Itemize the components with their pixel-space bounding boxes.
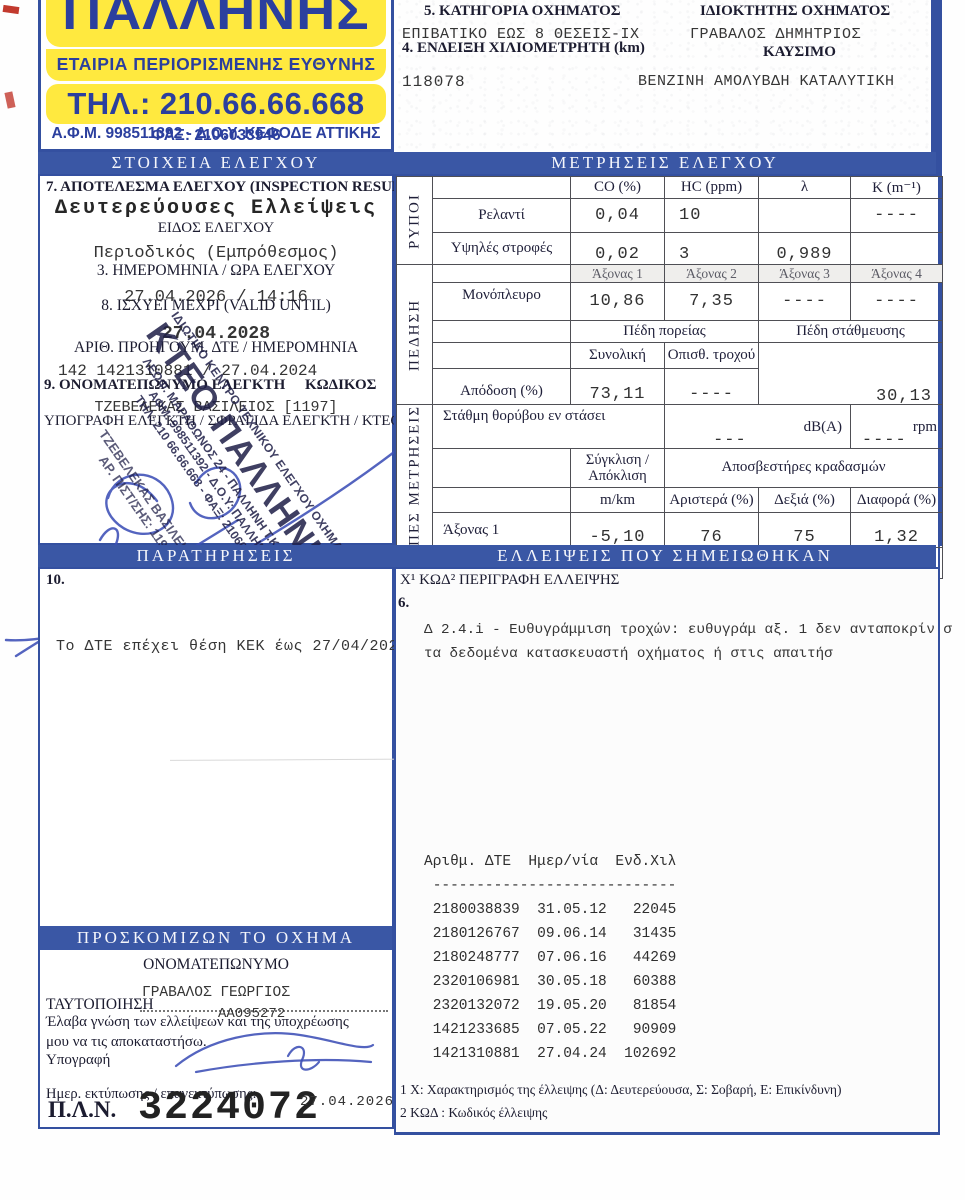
dte-history-table: Αριθμ. ΔΤΕ Ημερ/νία Ενδ.Χιλ ------------… [424,850,676,1066]
footnote-1: 1 Χ: Χαρακτηρισμός της έλλειψης (Δ: Δευτ… [400,1082,841,1098]
axis1-right: 75 [759,513,851,548]
shock-absorber-label: Αποσβεστήρες κραδασμών [665,448,943,487]
axis-header-1: Άξονας 1 [571,265,665,283]
alignment-label: Σύγκλιση / Απόκλιση [571,448,665,487]
presenter-id-label: ΤΑΥΤΟΠΟΙΗΣΗ [46,996,154,1014]
defects-header: Χ¹ ΚΩΔ² ΠΕΡΙΓΡΑΦΗ ΕΛΛΕΙΨΗΣ [400,572,619,589]
spacer-cell [433,343,571,369]
inspection-certificate-page: ΠΑΛΛΗΝΗΣ ΕΤΑΙΡΙΑ ΠΕΡΙΟΡΙΣΜΕΝΗΣ ΕΥΘΥΝΗΣ Τ… [0,0,965,1200]
fuel-label: ΚΑΥΣΙΜΟ [763,44,836,61]
spacer-cell [433,177,571,199]
row-label-performance: Απόδοση (%) [433,369,571,405]
history-row: 2320132072 19.05.20 81854 [424,994,676,1018]
history-row: 2180038839 31.05.12 22045 [424,898,676,922]
remarks-number: 10. [46,572,65,589]
onesided-axis1: 10,86 [571,283,665,321]
owner-label: ΙΔΙΟΚΤΗΤΗΣ ΟΧΗΜΑΤΟΣ [700,3,890,20]
company-phone: ΤΗΛ.: 210.66.66.668 [46,84,386,124]
service-brake-label: Πέδη πορείας [571,321,759,343]
idle-hc: 10 [665,199,759,233]
measurements-table: ΡΥΠΟΙ CO (%) HC (ppm) λ K (m⁻¹) Ρελαντί … [396,176,943,579]
presenter-name-label: ΟΝΟΜΑΤΕΠΩΝΥΜΟ [38,956,394,974]
scan-red-mark [4,91,15,108]
section-label-pedisi: ΠΕΔΗΣΗ [397,265,433,405]
defect-description-line1: Δ 2.4.i - Ευθυγράμμιση τροχών: ευθυγράμ … [424,622,952,638]
rpm-unit-label: rpm [913,419,937,436]
date-label: 3. ΗΜΕΡΟΜΗΝΙΑ / ΩΡΑ ΕΛΕΓΧΟΥ [38,262,394,280]
axis1-mkm: -5,10 [571,513,665,548]
logo-phone-band: ΤΗΛ.: 210.66.66.668 [46,84,386,124]
rear-wheel-label: Οπισθ. τροχού [665,343,759,369]
logo-subtitle-band: ΕΤΑΙΡΙΑ ΠΕΡΙΟΡΙΣΜΕΝΗΣ ΕΥΘΥΝΗΣ [46,49,386,81]
history-header: Αριθμ. ΔΤΕ Ημερ/νία Ενδ.Χιλ [424,850,676,874]
col-lambda: λ [759,177,851,199]
spacer-cell [433,487,571,512]
presenter-signature [168,1022,383,1084]
type-value: Περιοδικός (Εμπρόθεσμος) [38,244,394,263]
onesided-axis2: 7,35 [665,283,759,321]
history-row: 1421310881 27.04.24 102692 [424,1042,676,1066]
section-bar-defects: ΕΛΛΕΙΨΕΙΣ ΠΟΥ ΣΗΜΕΙΩΘΗΚΑΝ [394,545,936,567]
defect-description-line2: τα δεδομένα κατασκευαστή οχήματος ή στις… [424,646,833,662]
col-k: K (m⁻¹) [851,177,943,199]
footnote-2: 2 ΚΩΔ : Κωδικός έλλειψης [400,1105,547,1121]
odometer-label: 4. ΕΝΔΕΙΞΗ ΧΙΛΙΟΜΕΤΡΗΤΗ (km) [402,40,645,57]
idle-lambda [759,199,851,233]
defects-number: 6. [398,595,409,612]
result-label: 7. ΑΠΟΤΕΛΕΣΜΑ ΕΛΕΓΧΟΥ (INSPECTION RESULT… [46,179,416,196]
section-bar-measurements: ΜΕΤΡΗΣΕΙΣ ΕΛΕΓΧΟΥ [394,152,936,174]
logo-title-band: ΠΑΛΛΗΝΗΣ [46,0,386,47]
remarks-note: Το ΔΤΕ επέχει θέση ΚΕΚ έως 27/04/2027 [56,638,408,655]
prev-dte-label: ΑΡΙΘ. ΠΡΟΗΓΟΥΜ. ΔΤΕ / ΗΜΕΡΟΜΗΝΙΑ [38,339,394,357]
idle-k: ---- [851,199,943,233]
high-k [851,233,943,265]
history-row: 2180126767 09.06.14 31435 [424,922,676,946]
row-label-axis1: Άξονας 1 [433,513,571,548]
category-label: 5. ΚΑΤΗΓΟΡΙΑ ΟΧΗΜΑΤΟΣ [424,3,621,20]
unit-mkm: m/km [571,487,665,512]
axis1-diff: 1,32 [851,513,943,548]
valid-label: 8. ΙΣΧΥΕΙ ΜΕΧΡΙ (VALID UNTIL) [38,297,394,315]
spacer-cell [433,448,571,487]
onesided-axis4: ---- [851,283,943,321]
history-divider: ---------------------------- [424,874,676,898]
high-hc: 3 [665,233,759,265]
pln-value: 3224072 [138,1086,320,1131]
row-label-idle: Ρελαντί [433,199,571,233]
noise-rpm-value: ---- [862,431,907,449]
axis-header-2: Άξονας 2 [665,265,759,283]
pln-print-date: 27.04.2026 [300,1094,394,1110]
history-row: 2180248777 07.06.16 44269 [424,946,676,970]
unit-diff: Διαφορά (%) [851,487,943,512]
noise-rpm-cell: ---- rpm [851,405,943,449]
row-label-onesided: Μονόπλευρο [433,283,571,321]
high-lambda: 0,989 [759,233,851,265]
spacer-cell [433,265,571,283]
perf-rear: ---- [665,369,759,405]
unit-right: Δεξιά (%) [759,487,851,512]
presenter-signature-label: Υπογραφή [46,1052,110,1069]
section-bar-presenter: ΠΡΟΣΚΟΜΙΖΩΝ ΤΟ ΟΧΗΜΑ [40,926,392,950]
section-label-rypoi: ΡΥΠΟΙ [397,177,433,265]
perf-total: 73,11 [571,369,665,405]
high-co: 0,02 [571,233,665,265]
parking-brake-label: Πέδη στάθμευσης [759,321,943,343]
noise-db-cell: --- dB(A) [665,405,851,449]
onesided-axis3: ---- [759,283,851,321]
owner-value: ΓΡΑΒΑΛΟΣ ΔΗΜΗΤΡΙΟΣ [690,26,861,43]
result-value: Δευτερεύουσες Ελλείψεις [38,197,394,220]
idle-co: 0,04 [571,199,665,233]
company-name: ΠΑΛΛΗΝΗΣ [46,0,386,47]
parking-perf-value: 30,13 [876,387,932,405]
noise-level-label: Στάθμη θορύβου εν στάσει [433,405,665,449]
axis1-left: 76 [665,513,759,548]
row-label-highrev: Υψηλές στροφές [433,233,571,265]
company-subtitle: ΕΤΑΙΡΙΑ ΠΕΡΙΟΡΙΣΜΕΝΗΣ ΕΥΘΥΝΗΣ [46,49,386,79]
unit-left: Αριστερά (%) [665,487,759,512]
db-unit-label: dB(A) [804,419,842,436]
company-afm: Α.Φ.Μ. 998511392 - Δ.Ο.Υ. ΚΕΦΟΔΕ ΑΤΤΙΚΗΣ [38,125,394,143]
total-label: Συνολική [571,343,665,369]
col-co: CO (%) [571,177,665,199]
history-row: 1421233685 07.05.22 90909 [424,1018,676,1042]
parking-perf-cell: 30,13 [759,343,943,405]
axis-header-4: Άξονας 4 [851,265,943,283]
measurements-table-box: ΡΥΠΟΙ CO (%) HC (ppm) λ K (m⁻¹) Ρελαντί … [394,174,940,581]
history-row: 2320106981 30.05.18 60388 [424,970,676,994]
pln-label: Π.Λ.Ν. [48,1097,116,1123]
spacer-cell [433,321,571,343]
scan-red-mark [3,5,20,14]
axis-header-3: Άξονας 3 [759,265,851,283]
col-hc: HC (ppm) [665,177,759,199]
section-bar-remarks: ΠΑΡΑΤΗΡΗΣΕΙΣ [38,545,394,567]
fuel-value: ΒΕΝΖΙΝΗ ΑΜΟΛΥΒΔΗ ΚΑΤΑΛΥΤΙΚΗ [638,73,895,90]
noise-db-value: --- [713,431,747,449]
type-label: ΕΙΔΟΣ ΕΛΕΓΧΟΥ [38,220,394,237]
odometer-value: 118078 [402,73,466,91]
section-bar-control-data: ΣΤΟΙΧΕΙΑ ΕΛΕΓΧΟΥ [38,152,394,174]
